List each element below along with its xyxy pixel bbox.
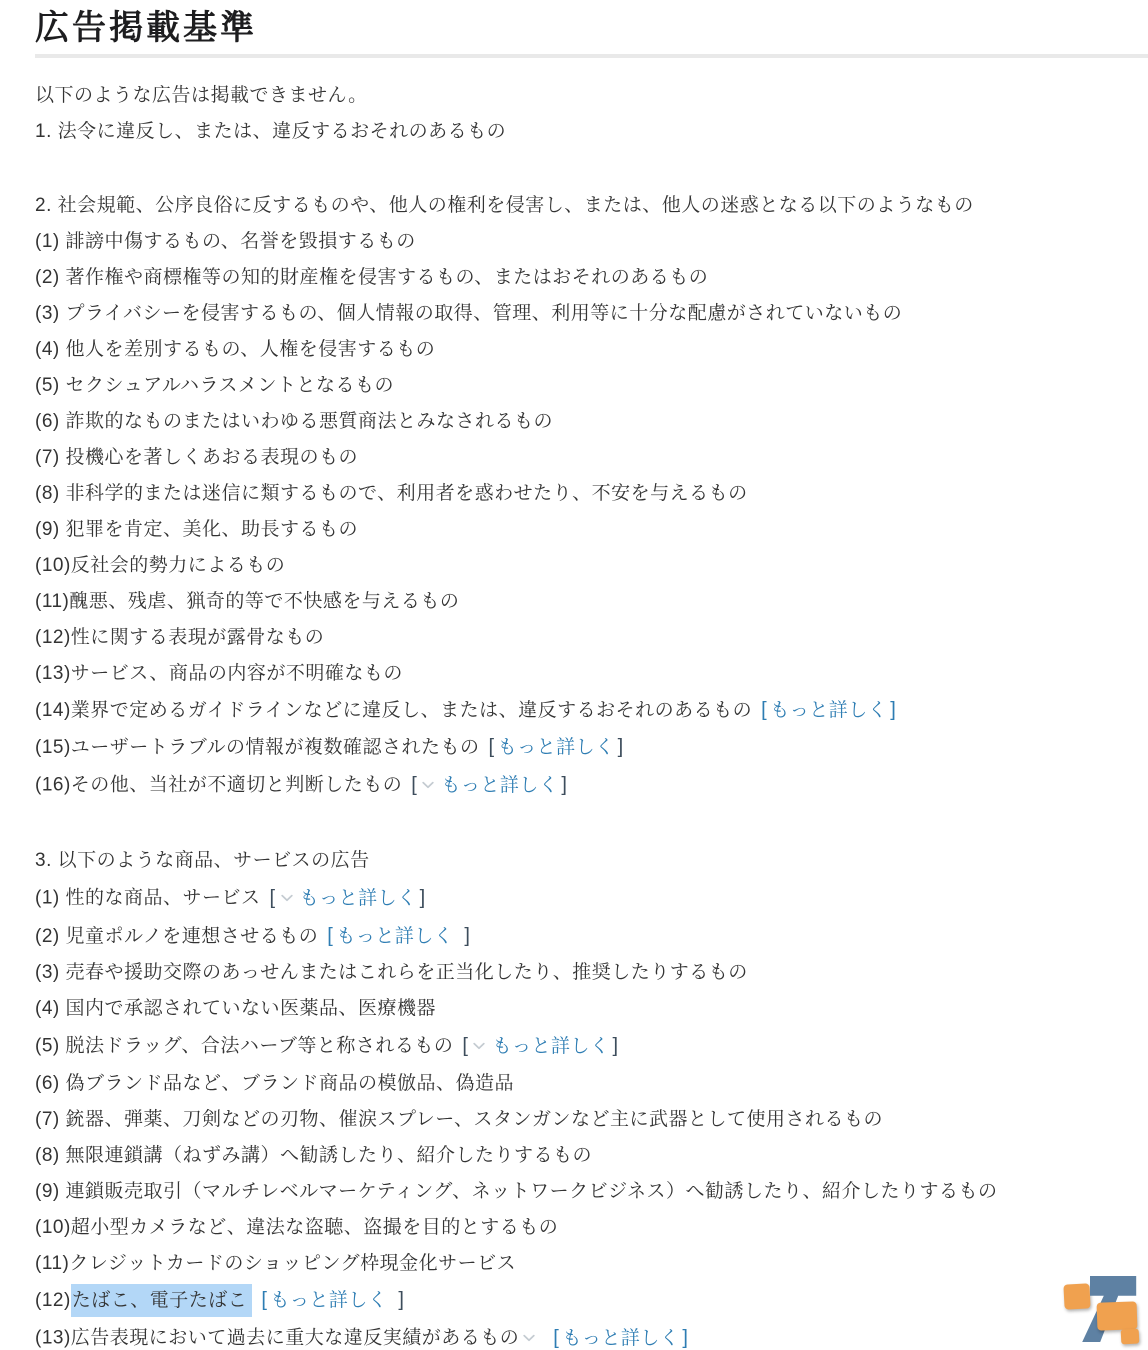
item-text: (3) 売春や援助交際のあっせんまたはこれらを正当化したり、推奨したりするもの (35, 962, 748, 983)
open-bracket: [ (411, 774, 417, 796)
open-bracket: [ (261, 1289, 267, 1311)
more-detail-link[interactable]: [もっと詳しく] (327, 926, 470, 947)
close-bracket: ] (613, 1035, 619, 1057)
close-bracket: ] (398, 1289, 404, 1311)
item-text: (10)反社会的勢力によるもの (35, 555, 285, 576)
item-number: (12) (35, 1290, 71, 1311)
sections-container: 1. 法令に違反し、または、違反するおそれのあるもの2. 社会規範、公序良俗に反… (35, 114, 1148, 1350)
close-bracket: ] (561, 774, 567, 796)
list-item: (11)醜悪、残虐、猟奇的等で不快感を与えるもの (35, 584, 1148, 620)
more-detail-link-label: もっと詳しく (498, 737, 615, 758)
list-item: (13)広告表現において過去に重大な違反実績があるもの[もっと詳しく] (35, 1319, 1148, 1350)
list-item: (14)業界で定めるガイドラインなどに違反し、または、違反するおそれのあるもの[… (35, 692, 1148, 729)
more-detail-link-label: もっと詳しく (770, 700, 887, 721)
more-detail-link[interactable]: [もっと詳しく] (462, 1036, 618, 1057)
more-detail-link-label: もっと詳しく (300, 888, 417, 909)
more-detail-link[interactable]: [もっと詳しく] (261, 1290, 404, 1311)
close-bracket: ] (890, 699, 896, 721)
list-item: (4) 国内で承認されていない医薬品、医療機器 (35, 991, 1148, 1027)
chevron-down-icon (473, 1027, 485, 1063)
list-item: (1) 性的な商品、サービス[もっと詳しく] (35, 879, 1148, 918)
more-detail-link-label: もっと詳しく (336, 926, 453, 947)
ad-guidelines-page: 広告掲載基準 以下のような広告は掲載できません。 1. 法令に違反し、または、違… (0, 0, 1148, 1350)
open-bracket: [ (489, 736, 495, 758)
item-text: (5) セクシュアルハラスメントとなるもの (35, 375, 394, 396)
item-text: (4) 国内で承認されていない医薬品、医療機器 (35, 998, 436, 1019)
item-text: (8) 非科学的または迷信に類するもので、利用者を惑わせたり、不安を与えるもの (35, 483, 748, 504)
list-item: (10)反社会的勢力によるもの (35, 548, 1148, 584)
item-text: (13)広告表現において過去に重大な違反実績があるもの (35, 1328, 519, 1349)
item-text: (9) 犯罪を肯定、美化、助長するもの (35, 519, 358, 540)
list-item: (2) 児童ポルノを連想させるもの[もっと詳しく] (35, 918, 1148, 955)
item-text: (7) 銃器、弾薬、刀剣などの刃物、催涙スプレー、スタンガンなど主に武器として使… (35, 1109, 883, 1130)
chevron-down-icon[interactable] (523, 1319, 535, 1350)
list-item: (5) セクシュアルハラスメントとなるもの (35, 368, 1148, 404)
brand-logo (1064, 1276, 1142, 1348)
item-text: (13)サービス、商品の内容が不明確なもの (35, 663, 403, 684)
list-item: (7) 銃器、弾薬、刀剣などの刃物、催涙スプレー、スタンガンなど主に武器として使… (35, 1102, 1148, 1138)
more-detail-link-label: もっと詳しく (441, 775, 558, 796)
item-text: (5) 脱法ドラッグ、合法ハーブ等と称されるもの (35, 1036, 453, 1057)
list-item: (6) 詐欺的なものまたはいわゆる悪質商法とみなされるもの (35, 404, 1148, 440)
logo-orange-middle-shape (1097, 1301, 1138, 1330)
logo-orange-bottom-right-shape (1121, 1329, 1140, 1345)
open-bracket: [ (462, 1035, 468, 1057)
item-text: (6) 詐欺的なものまたはいわゆる悪質商法とみなされるもの (35, 411, 553, 432)
open-bracket: [ (327, 925, 333, 947)
more-detail-link-label: もっと詳しく (492, 1036, 609, 1057)
item-text: (2) 児童ポルノを連想させるもの (35, 926, 318, 947)
more-detail-link-label: もっと詳しく (270, 1290, 387, 1311)
section-heading: 3. 以下のような商品、サービスの広告 (35, 843, 1148, 879)
close-bracket: ] (420, 887, 426, 909)
highlighted-text: たばこ、電子たばこ (71, 1284, 253, 1317)
page-title: 広告掲載基準 (35, 8, 1148, 48)
list-item: (5) 脱法ドラッグ、合法ハーブ等と称されるもの[もっと詳しく] (35, 1027, 1148, 1066)
list-item: (3) 売春や援助交際のあっせんまたはこれらを正当化したり、推奨したりするもの (35, 955, 1148, 991)
close-bracket: ] (464, 925, 470, 947)
item-text: (16)その他、当社が不適切と判断したもの (35, 775, 402, 796)
list-item: (9) 犯罪を肯定、美化、助長するもの (35, 512, 1148, 548)
more-detail-link[interactable]: [もっと詳しく] (761, 700, 896, 721)
list-item: (3) プライバシーを侵害するもの、個人情報の取得、管理、利用等に十分な配慮がさ… (35, 296, 1148, 332)
item-text: (14)業界で定めるガイドラインなどに違反し、または、違反するおそれのあるもの (35, 700, 752, 721)
chevron-down-icon (281, 879, 293, 915)
item-text: (7) 投機心を著しくあおる表現のもの (35, 447, 358, 468)
list-item: (12)性に関する表現が露骨なもの (35, 620, 1148, 656)
list-item: (11)クレジットカードのショッピング枠現金化サービス (35, 1246, 1148, 1282)
more-detail-link[interactable]: [もっと詳しく] (489, 737, 624, 758)
item-text: (15)ユーザートラブルの情報が複数確認されたもの (35, 737, 480, 758)
item-text: (3) プライバシーを侵害するもの、個人情報の取得、管理、利用等に十分な配慮がさ… (35, 303, 902, 324)
list-item: (13)サービス、商品の内容が不明確なもの (35, 656, 1148, 692)
list-item: (2) 著作権や商標権等の知的財産権を侵害するもの、またはおそれのあるもの (35, 260, 1148, 296)
chevron-down-icon (422, 766, 434, 802)
item-text: (9) 連鎖販売取引（マルチレベルマーケティング、ネットワークビジネス）へ勧誘し… (35, 1181, 998, 1202)
item-text: (1) 性的な商品、サービス (35, 888, 261, 909)
open-bracket: [ (553, 1327, 559, 1349)
item-text: (2) 著作権や商標権等の知的財産権を侵害するもの、またはおそれのあるもの (35, 267, 708, 288)
item-text: (1) 誹謗中傷するもの、名誉を毀損するもの (35, 231, 416, 252)
title-divider (35, 54, 1148, 58)
list-item: (16)その他、当社が不適切と判断したもの[もっと詳しく] (35, 766, 1148, 805)
section-heading: 2. 社会規範、公序良俗に反するものや、他人の権利を侵害し、または、他人の迷惑と… (35, 188, 1148, 224)
close-bracket: ] (618, 736, 624, 758)
list-item: (4) 他人を差別するもの、人権を侵害するもの (35, 332, 1148, 368)
list-item: (9) 連鎖販売取引（マルチレベルマーケティング、ネットワークビジネス）へ勧誘し… (35, 1174, 1148, 1210)
item-text: (6) 偽ブランド品など、ブランド商品の模倣品、偽造品 (35, 1073, 514, 1094)
more-detail-link[interactable]: [もっと詳しく] (553, 1328, 688, 1349)
open-bracket: [ (761, 699, 767, 721)
more-detail-link[interactable]: [もっと詳しく] (411, 775, 567, 796)
list-item: (8) 非科学的または迷信に類するもので、利用者を惑わせたり、不安を与えるもの (35, 476, 1148, 512)
list-item: (7) 投機心を著しくあおる表現のもの (35, 440, 1148, 476)
item-text: (11)醜悪、残虐、猟奇的等で不快感を与えるもの (35, 591, 459, 612)
item-text: (11)クレジットカードのショッピング枠現金化サービス (35, 1253, 516, 1274)
section-heading: 1. 法令に違反し、または、違反するおそれのあるもの (35, 114, 1148, 150)
list-item: (1) 誹謗中傷するもの、名誉を毀損するもの (35, 224, 1148, 260)
more-detail-link[interactable]: [もっと詳しく] (270, 888, 426, 909)
list-item: (15)ユーザートラブルの情報が複数確認されたもの[もっと詳しく] (35, 729, 1148, 766)
content: 以下のような広告は掲載できません。 1. 法令に違反し、または、違反するおそれの… (35, 78, 1148, 1350)
list-item: (8) 無限連鎖講（ねずみ講）へ勧誘したり、紹介したりするもの (35, 1138, 1148, 1174)
logo-orange-top-left-shape (1063, 1283, 1090, 1309)
item-text: (12)性に関する表現が露骨なもの (35, 627, 324, 648)
open-bracket: [ (270, 887, 276, 909)
close-bracket: ] (682, 1327, 688, 1349)
more-detail-link-label: もっと詳しく (562, 1328, 679, 1349)
item-text: (10)超小型カメラなど、違法な盗聴、盗撮を目的とするもの (35, 1217, 558, 1238)
item-text: (8) 無限連鎖講（ねずみ講）へ勧誘したり、紹介したりするもの (35, 1145, 592, 1166)
list-item: (6) 偽ブランド品など、ブランド商品の模倣品、偽造品 (35, 1066, 1148, 1102)
list-item: (10)超小型カメラなど、違法な盗聴、盗撮を目的とするもの (35, 1210, 1148, 1246)
item-text: (4) 他人を差別するもの、人権を侵害するもの (35, 339, 435, 360)
list-item: (12)たばこ、電子たばこ[もっと詳しく] (35, 1282, 1148, 1319)
intro-text: 以下のような広告は掲載できません。 (35, 78, 1148, 114)
